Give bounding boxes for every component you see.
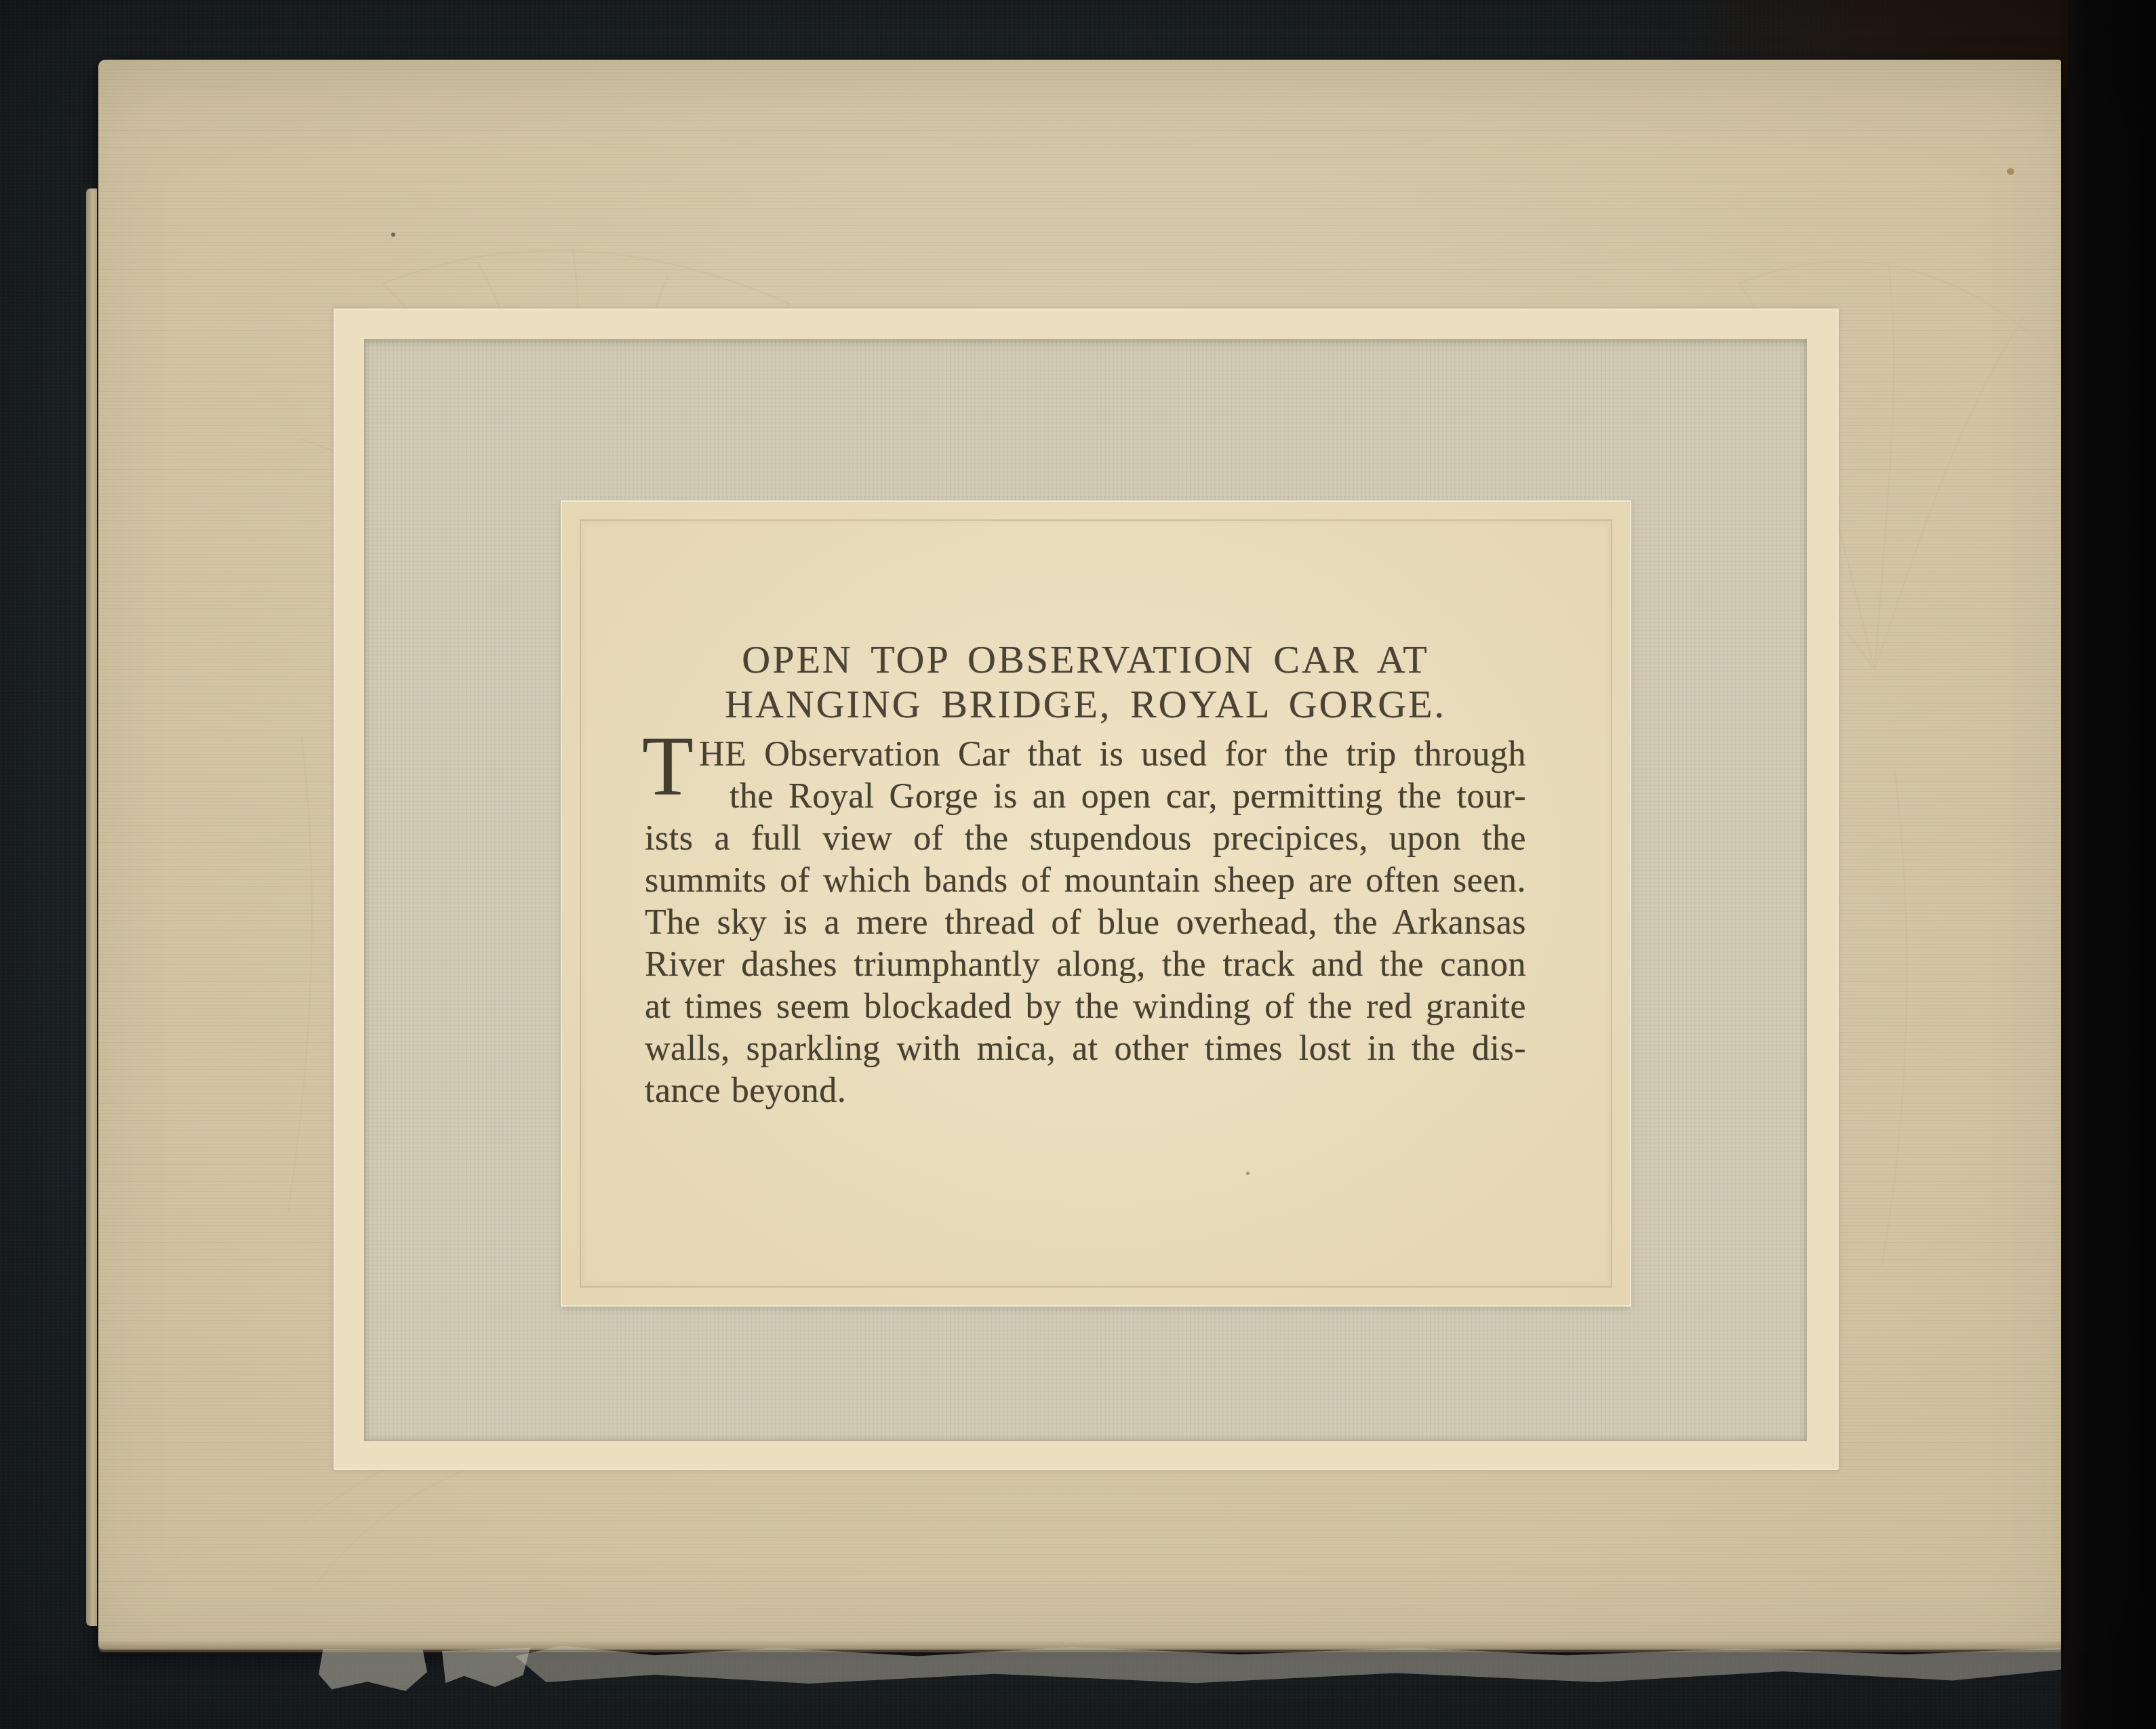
album-page: OPEN TOP OBSERVATION CAR AT HANGING BRID…	[98, 60, 2061, 1650]
body-line: The sky is a mere thread of blue overhea…	[645, 902, 1526, 944]
body-line: HE Observation Car that is used for the …	[645, 734, 1526, 776]
plate-paragraph: T HE Observation Car that is used for th…	[645, 734, 1526, 1112]
foxing-speck	[2007, 168, 2014, 175]
body-line: tance beyond.	[645, 1070, 1526, 1112]
tissue-guard-tab	[442, 1648, 530, 1687]
body-line: ists a full view of the stupendous preci…	[645, 818, 1526, 860]
body-line: summits of which bands of mountain sheep…	[645, 860, 1526, 902]
scanner-edge-strip	[2061, 0, 2156, 1729]
foxing-speck	[391, 233, 395, 237]
body-line: the Royal Gorge is an open car, permitti…	[645, 776, 1526, 818]
plate-title-line1: OPEN TOP OBSERVATION CAR AT	[645, 637, 1526, 682]
foxing-speck	[1246, 1172, 1250, 1175]
underlying-sheet-edge	[86, 188, 97, 1626]
body-line: walls, sparkling with mica, at other tim…	[645, 1028, 1526, 1070]
body-line: at times seem blockaded by the winding o…	[645, 986, 1526, 1028]
plate-title: OPEN TOP OBSERVATION CAR AT HANGING BRID…	[645, 637, 1526, 727]
scanned-album-photo: OPEN TOP OBSERVATION CAR AT HANGING BRID…	[0, 0, 2156, 1729]
foxing-speck	[1061, 698, 1065, 702]
drop-cap: T	[642, 725, 694, 809]
letterpress-panel: OPEN TOP OBSERVATION CAR AT HANGING BRID…	[562, 502, 1630, 1305]
tissue-guard-tab	[319, 1649, 427, 1691]
plate-title-line2: HANGING BRIDGE, ROYAL GORGE.	[645, 682, 1526, 727]
body-line: River dashes triumphantly along, the tra…	[645, 944, 1526, 986]
